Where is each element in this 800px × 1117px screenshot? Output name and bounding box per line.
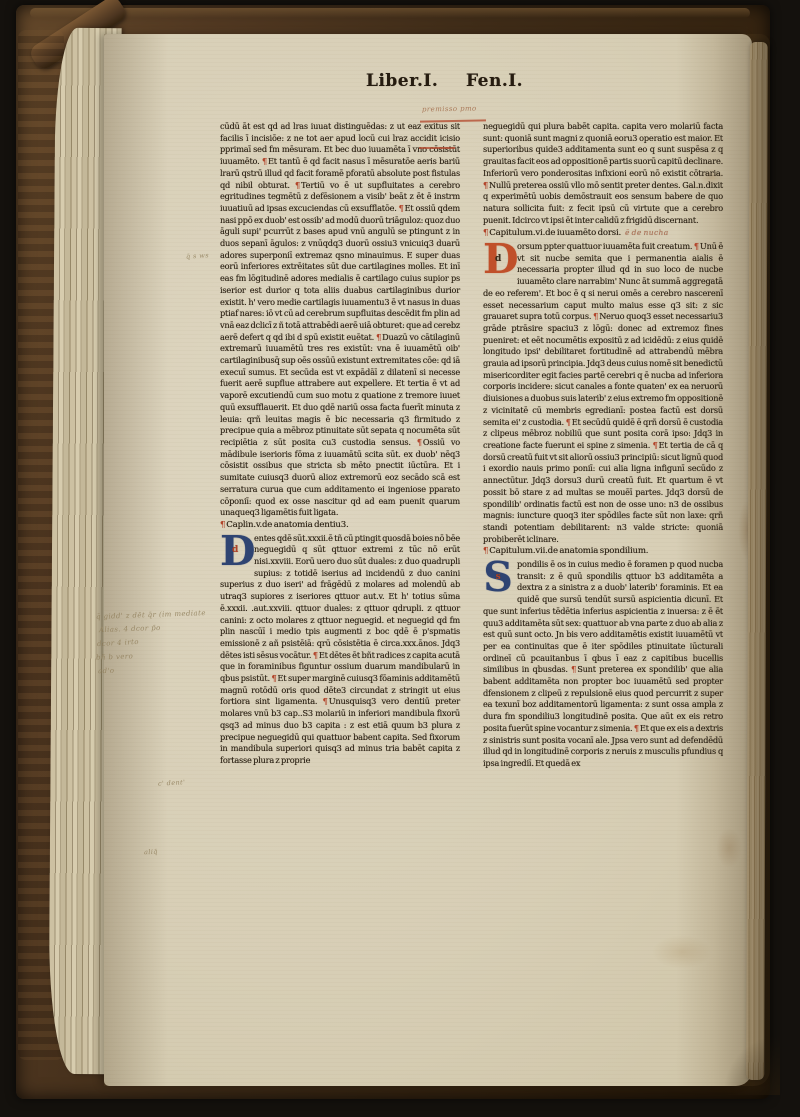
paragraph-dorsum: D d orsum ppter quattuor iuuamēta fuit c… <box>483 241 723 545</box>
chapter-5-heading: ¶Caplin.v.de anatomia dentiu3. <box>220 520 460 532</box>
paragraph-spondyles-text: pondilis ē os in cuius medio ē foramen p… <box>483 559 723 768</box>
running-head-liber: Liber.I. <box>366 71 438 91</box>
chapter-7-heading-text: Capitulum.vii.de anatomia spondilium. <box>489 546 648 556</box>
binding-top-highlight <box>30 8 750 18</box>
chapter-6-heading: ¶Capitulum.vi.de iuuamēto dorsi.ē de nuc… <box>483 227 723 240</box>
rubricator-note: ē de nucha <box>625 228 669 237</box>
guide-letter: s <box>496 571 501 583</box>
marginal-note-gutter-top: premisso pmo <box>422 105 477 114</box>
text-column-left: cūdū āt est qd ad lras iuuat distinguēda… <box>220 121 460 767</box>
paragraph-nose-bones: cūdū āt est qd ad lras iuuat distinguēda… <box>220 121 460 519</box>
illuminated-initial-D-red: D d <box>483 242 513 277</box>
chapter-7-heading: ¶Capitulum.vii.de anatomia spondilium. <box>483 546 723 558</box>
running-head-fen: Fen.I. <box>466 71 523 91</box>
marginal-note-lower: c' dent' <box>158 778 186 787</box>
marginal-note-line: bñ b vero <box>96 652 133 661</box>
guide-letter: d <box>495 253 501 265</box>
paragraph-dorsum-text: orsum ppter quattuor iuuamēta fuit creat… <box>483 241 723 544</box>
marginal-note-line: ad'o <box>98 667 115 676</box>
paragraph-teeth-text: entes qdē sūt.xxxii.ē tñ cū ptingit quos… <box>220 533 460 765</box>
fore-edge-leaves <box>746 42 768 1080</box>
illuminated-initial-S-blue: S s <box>483 560 513 595</box>
illuminated-initial-D-blue: D d <box>220 534 250 569</box>
paragraph-molars: neguegidū qui plura babēt capita. capita… <box>483 121 723 226</box>
guide-letter: d <box>232 545 238 557</box>
marginal-note-lower: aliq̄ <box>144 848 158 856</box>
marginal-note-upper: q̄ s ws <box>186 251 209 261</box>
text-column-right: neguegidū qui plura babēt capita. capita… <box>483 121 723 770</box>
paragraph-teeth: D d entes qdē sūt.xxxii.ē tñ cū ptingit … <box>220 533 460 767</box>
paragraph-spondyles: S s pondilis ē os in cuius medio ē foram… <box>483 559 723 770</box>
photographed-book-page: Liber.I. Fen.I. cūdū āt est qd ad lras i… <box>0 0 800 1117</box>
